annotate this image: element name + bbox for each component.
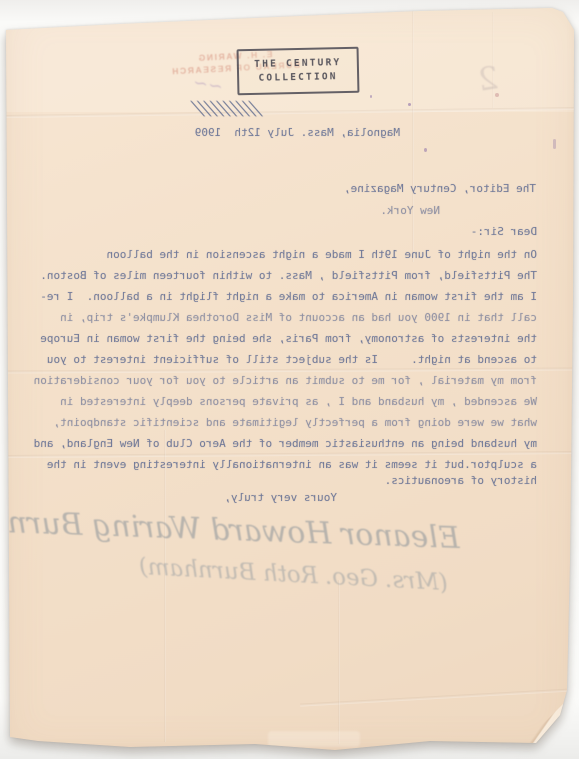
stamp-line2: COLLECTION	[258, 70, 337, 86]
scan-background: E. H. WARING BUREAU OF RESEARCH ~~ 2 THE…	[0, 0, 579, 759]
letter-line: what we were doing from a perfectly legi…	[54, 416, 537, 429]
letter-line: my husband being an enthusiastic member …	[34, 437, 537, 450]
letter-recipient: The Editor, Century Magazine,	[344, 182, 536, 195]
century-collection-stamp: THE CENTURY COLLECTION	[237, 47, 360, 96]
letter-line: history of areonautics.	[385, 474, 537, 487]
letter-line: The Pittsfield, from Pittsfield , Mass. …	[40, 269, 537, 282]
letter-line: call that in 1900 you had an account of …	[60, 311, 537, 324]
letter-line: a sculptor.but it seems it was an intern…	[47, 458, 537, 471]
letter-line: I am the first woman in America to make …	[40, 290, 537, 303]
letter-line: the interests of astronomy, from Paris, …	[40, 332, 537, 345]
letter-dateline: Magnolia, Mass. July 12th 1909	[195, 126, 400, 139]
letter-line: We ascended , my husband and I , as priv…	[60, 395, 537, 408]
handwritten-signature-paren: (Mrs. Geo. Roth Burnham)	[138, 554, 448, 596]
letter-salutation: Dear Sir:-	[471, 225, 537, 238]
pen-crossout-scribble: //////////	[190, 98, 266, 120]
ink-speck	[553, 139, 556, 149]
letter-closing: Yours very truly,	[224, 491, 337, 504]
letter-line: to ascend at night. Is the subject still…	[47, 353, 537, 366]
handwritten-signature: Eleanor Howard Waring Burnham	[0, 503, 460, 556]
paper-shadow: E. H. WARING BUREAU OF RESEARCH ~~ 2 THE…	[0, 0, 579, 759]
typed-letter-showthrough: ////////// Magnolia, Mass. July 12th 190…	[36, 0, 544, 759]
letter-paper-verso: E. H. WARING BUREAU OF RESEARCH ~~ 2 THE…	[0, 0, 579, 759]
letter-recipient-city: New York.	[380, 204, 440, 217]
letter-line: On the night of June 19th I made a night…	[107, 248, 537, 261]
letter-line: from my material , for me to submit an a…	[34, 374, 537, 387]
